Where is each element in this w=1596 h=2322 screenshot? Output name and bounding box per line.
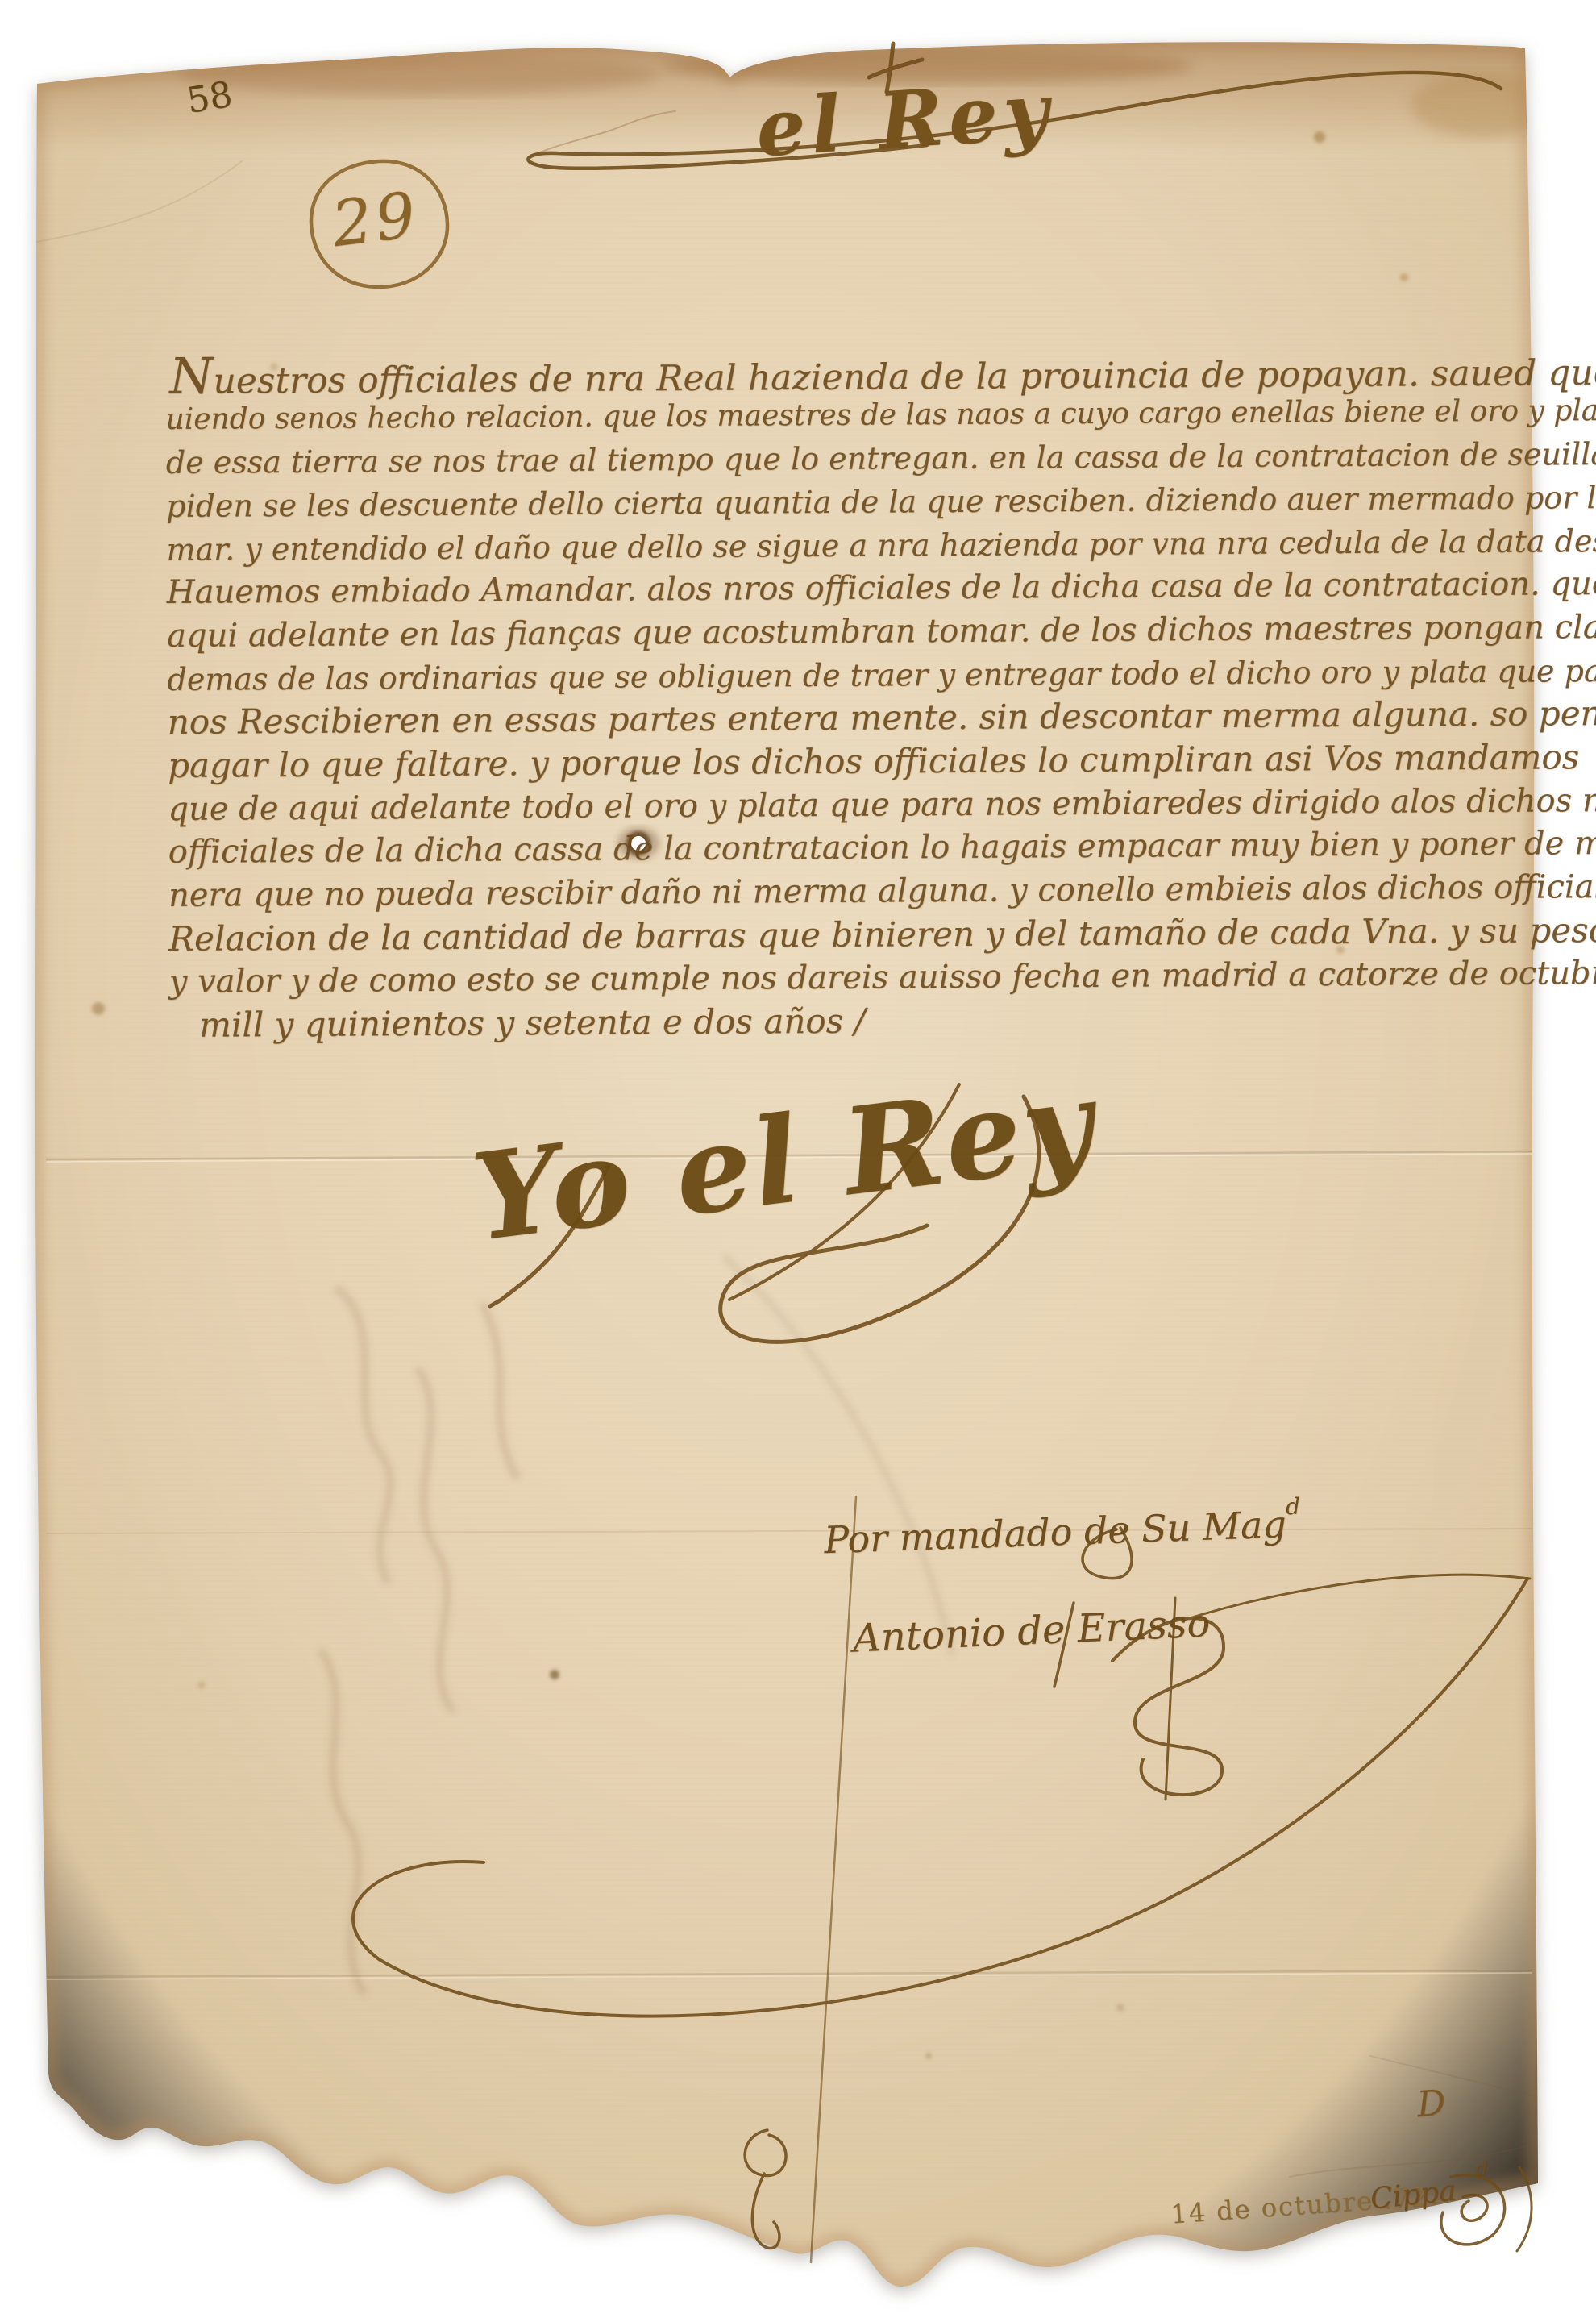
body-line: y valor y de como esto se cumple nos dar… <box>169 952 1501 1004</box>
folio-number: 58 <box>184 74 235 122</box>
body-line: Nuestros officiales de nra Real hazienda… <box>169 347 1501 398</box>
body-line: nera que no pueda rescibir daño ni merma… <box>168 866 1500 918</box>
body-line: officiales de la dicha cassa de la contr… <box>168 822 1500 874</box>
body-line: Hauemos embiado Amandar. alos nros offic… <box>167 563 1498 614</box>
speck <box>725 57 734 67</box>
body-line: mill y quinientos y setenta e dos años / <box>199 996 1531 1047</box>
inventory-number: 29 <box>328 179 422 261</box>
by-order-superscript: d <box>1285 1493 1300 1521</box>
heading-el-rey: el Rey <box>754 65 1057 174</box>
stain <box>1411 73 1556 137</box>
stain <box>177 53 661 95</box>
body-line: de essa tierra se nos trae al tiempo que… <box>166 433 1498 485</box>
archival-cipher-superscript: d <box>1475 2158 1487 2180</box>
body-line: pagar lo que faltare. y porque los dicho… <box>168 736 1499 788</box>
manuscript-scan: 58 29 el Rey Nuestros officiales de nra … <box>0 0 1596 2322</box>
body-line: aqui adelante en las fianças que acostum… <box>167 606 1498 658</box>
letter-d-mark: D <box>1415 2083 1447 2125</box>
body-line: piden se les descuente dello cierta quan… <box>166 476 1498 528</box>
body-line: nos Rescibieren en essas partes entera m… <box>168 693 1499 744</box>
